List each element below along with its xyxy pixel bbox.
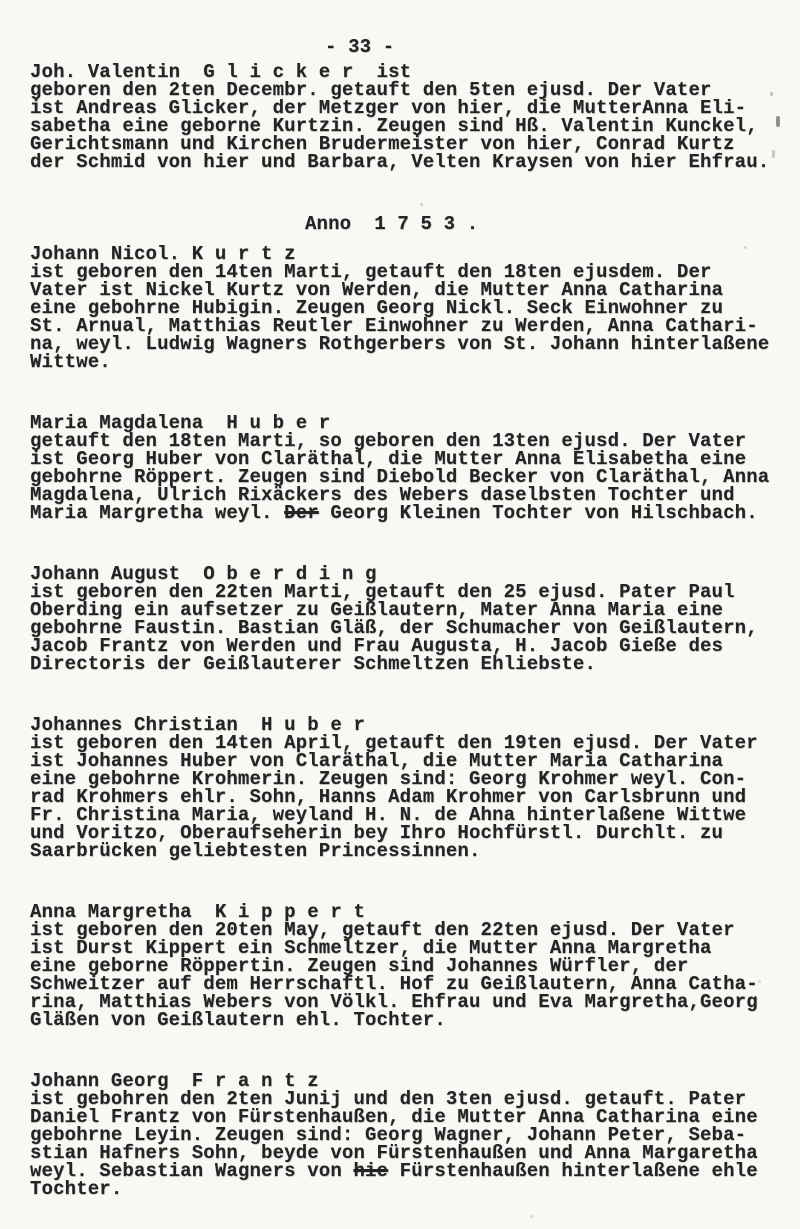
register-entry: Joh. Valentin G l i c k e r istgeboren d… <box>30 63 800 171</box>
scan-speck <box>776 116 780 127</box>
register-entry: Anna Margretha K i p p e r tist geboren … <box>30 903 800 1029</box>
entries-before-heading: Joh. Valentin G l i c k e r istgeboren d… <box>30 63 800 171</box>
register-entry: Johann Georg F r a n t zist gebohren den… <box>30 1072 800 1198</box>
entry-line: der Schmid von hier und Barbara, Velten … <box>30 153 800 171</box>
entries-main: Johann Nicol. K u r t zist geboren den 1… <box>30 245 800 1198</box>
entry-line: Gläßen von Geißlautern ehl. Tochter. <box>30 1011 800 1029</box>
scan-speck <box>530 1215 533 1218</box>
scan-speck <box>770 92 773 96</box>
entry-line: Saarbrücken geliebtesten Princessinnen. <box>30 842 800 860</box>
struck-out-word: Der <box>284 502 319 524</box>
scan-speck <box>758 980 761 983</box>
register-entry: Johann Nicol. K u r t zist geboren den 1… <box>30 245 800 371</box>
scan-speck <box>700 585 703 588</box>
struck-out-word: hie <box>353 1160 388 1182</box>
entry-line: Wittwe. <box>30 353 800 371</box>
scan-speck <box>772 150 775 158</box>
entry-line: Tochter. <box>30 1180 800 1198</box>
year-heading: Anno 1 7 5 3 . <box>305 215 800 233</box>
entry-line: weyl. Sebastian Wagners von hie Fürstenh… <box>30 1162 800 1180</box>
entry-line: Directoris der Geißlauterer Schmeltzen E… <box>30 655 800 673</box>
document-page: - 33 - Joh. Valentin G l i c k e r istge… <box>0 0 800 1229</box>
register-entry: Johann August O b e r d i n gist geboren… <box>30 565 800 673</box>
scan-speck <box>744 246 747 249</box>
register-entry: Johannes Christian H u b e rist geboren … <box>30 716 800 860</box>
entry-line: Maria Margretha weyl. Der Georg Kleinen … <box>30 504 800 522</box>
scan-speck <box>420 203 423 206</box>
page-number: - 33 - <box>325 38 800 56</box>
entry-line: na, weyl. Ludwig Wagners Rothgerbers von… <box>30 335 800 353</box>
register-entry: Maria Magdalena H u b e rgetauft den 18t… <box>30 414 800 522</box>
